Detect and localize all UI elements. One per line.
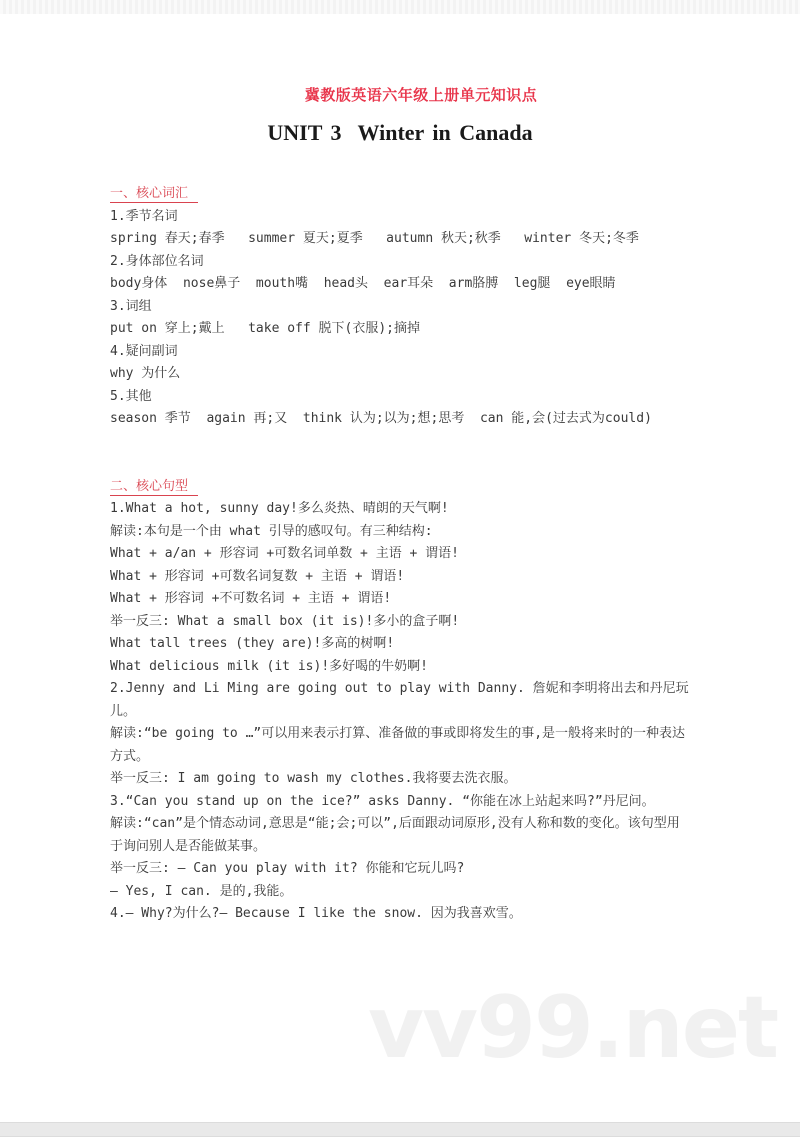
sentence-item: 1.What a hot, sunny day!多么炎热、晴朗的天气啊! [110, 498, 692, 521]
sentence-example: What delicious milk (it is)!多好喝的牛奶啊! [110, 656, 692, 679]
sentence-example: — Yes, I can. 是的,我能。 [110, 881, 692, 904]
section-core-vocabulary: 一、核心词汇 1.季节名词 spring 春天;春季 summer 夏天;夏季 … [110, 183, 692, 431]
document-subtitle: 冀教版英语六年级上册单元知识点 [0, 84, 800, 105]
vocab-category: 4.疑问副词 [110, 341, 692, 364]
sentence-structure: What + 形容词 +不可数名词 + 主语 + 谓语! [110, 588, 692, 611]
vocab-category: 3.词组 [110, 296, 692, 319]
section-heading: 二、核心句型 [110, 478, 198, 496]
sentence-example: 举一反三: What a small box (it is)!多小的盒子啊! [110, 611, 692, 634]
document-title: UNIT 3Winter in Canada [0, 120, 800, 146]
section-spacer [110, 431, 692, 476]
sentence-example: 举一反三: — Can you play with it? 你能和它玩儿吗? [110, 858, 692, 881]
vocab-entry: spring 春天;春季 summer 夏天;夏季 autumn 秋天;秋季 w… [110, 228, 692, 251]
vocab-entry: season 季节 again 再;又 think 认为;以为;想;思考 can… [110, 408, 692, 431]
vocab-category: 2.身体部位名词 [110, 251, 692, 274]
sentence-example: What tall trees (they are)!多高的树啊! [110, 633, 692, 656]
page-bottom-edge [0, 1122, 800, 1137]
sentence-example: 举一反三: I am going to wash my clothes.我将要去… [110, 768, 692, 791]
sentence-structure: What + a/an + 形容词 +可数名词单数 + 主语 + 谓语! [110, 543, 692, 566]
vocab-entry: put on 穿上;戴上 take off 脱下(衣服);摘掉 [110, 318, 692, 341]
document-body: 一、核心词汇 1.季节名词 spring 春天;春季 summer 夏天;夏季 … [110, 183, 692, 926]
section-heading: 一、核心词汇 [110, 185, 198, 203]
unit-name: Winter in Canada [358, 120, 533, 145]
sentence-structure: What + 形容词 +可数名词复数 + 主语 + 谓语! [110, 566, 692, 589]
sentence-explanation: 解读:“can”是个情态动词,意思是“能;会;可以”,后面跟动词原形,没有人称和… [110, 813, 692, 858]
sentence-explanation: 解读:本句是一个由 what 引导的感叹句。有三种结构: [110, 521, 692, 544]
sentence-item: 3.“Can you stand up on the ice?” asks Da… [110, 791, 692, 814]
page-top-edge [0, 0, 800, 14]
sentence-explanation: 解读:“be going to …”可以用来表示打算、准备做的事或即将发生的事,… [110, 723, 692, 768]
vocab-entry: body身体 nose鼻子 mouth嘴 head头 ear耳朵 arm胳膊 l… [110, 273, 692, 296]
vocab-category: 5.其他 [110, 386, 692, 409]
section-core-sentences: 二、核心句型 1.What a hot, sunny day!多么炎热、晴朗的天… [110, 476, 692, 926]
sentence-item: 2.Jenny and Li Ming are going out to pla… [110, 678, 692, 723]
unit-number: UNIT 3 [267, 120, 341, 145]
vocab-entry: why 为什么 [110, 363, 692, 386]
sentence-item: 4.— Why?为什么?— Because I like the snow. 因… [110, 903, 692, 926]
vocab-category: 1.季节名词 [110, 206, 692, 229]
